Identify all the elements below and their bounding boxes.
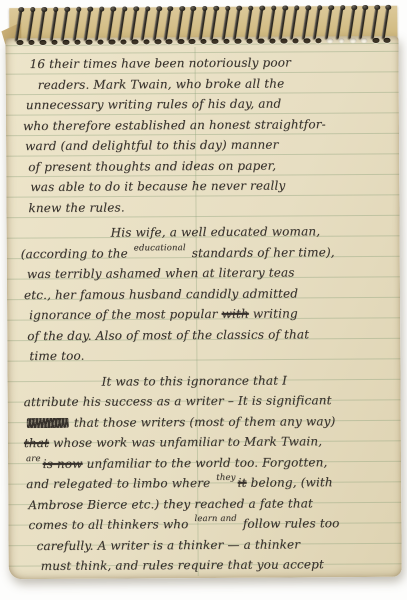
wire-top-dot bbox=[305, 5, 311, 10]
wire-top-dot bbox=[374, 4, 380, 9]
wire-stroke bbox=[61, 10, 68, 41]
spiral-wire-loop bbox=[39, 6, 47, 48]
spiral-wire-loop bbox=[211, 5, 219, 47]
handwriting-text: that those writers (most of them any way… bbox=[74, 414, 336, 430]
spiral-wire-loop bbox=[188, 5, 196, 47]
punched-hole bbox=[97, 39, 104, 45]
wire-stroke bbox=[302, 8, 309, 39]
handwritten-line: areis now unfamiliar to the world too. F… bbox=[20, 451, 397, 474]
handwriting-text: writing bbox=[249, 306, 298, 320]
handwriting-text: follow rules too bbox=[239, 516, 340, 531]
handwriting-text: Ambrose Bierce etc.) they reached a fate… bbox=[28, 496, 313, 512]
punched-hole bbox=[189, 39, 196, 45]
punched-hole bbox=[269, 38, 276, 44]
handwritten-line: readers. Mark Twain, who broke all the bbox=[18, 72, 395, 95]
spiral-wire-loop bbox=[291, 4, 299, 46]
wire-top-dot bbox=[76, 6, 82, 11]
handwritten-line: that those writers (most of them any way… bbox=[20, 410, 397, 433]
wire-top-dot bbox=[259, 5, 265, 10]
punched-hole bbox=[132, 39, 139, 45]
wire-top-dot bbox=[179, 6, 185, 11]
notebook-page: 16 their times have been notoriously poo… bbox=[5, 36, 401, 579]
wire-top-dot bbox=[282, 5, 288, 10]
spiral-wire-loop bbox=[280, 4, 288, 46]
wire-top-dot bbox=[317, 5, 323, 10]
inserted-word-above-line: they bbox=[216, 474, 235, 482]
inserted-word-above-line: learn and bbox=[194, 515, 236, 523]
punched-hole bbox=[154, 39, 161, 45]
handwriting-text: was terribly ashamed when at literary te… bbox=[27, 265, 295, 281]
spiral-wire-loop bbox=[97, 6, 105, 48]
wire-stroke bbox=[175, 9, 182, 40]
punched-hole bbox=[246, 38, 253, 44]
spiral-wire-loop bbox=[200, 5, 208, 47]
punched-hole bbox=[223, 38, 230, 44]
wire-top-dot bbox=[87, 6, 93, 11]
wire-stroke bbox=[84, 9, 91, 40]
handwriting-text: and relegated to limbo where bbox=[26, 476, 214, 491]
handwritten-line: knew the rules. bbox=[18, 195, 395, 218]
punched-hole bbox=[40, 39, 47, 45]
photo-background: 16 their times have been notoriously poo… bbox=[0, 0, 407, 600]
spiral-wire-loop bbox=[372, 4, 380, 46]
handwriting-text: who therefore established an honest stra… bbox=[23, 117, 326, 133]
handwritten-line: and relegated to limbo where theyit belo… bbox=[20, 472, 397, 495]
spiral-wire-loop bbox=[269, 5, 277, 47]
spiral-wire-loop bbox=[16, 6, 24, 48]
handwriting-text: of the day. Also of most of the classics… bbox=[27, 327, 309, 343]
spiral-wire-loop bbox=[142, 5, 150, 47]
wire-stroke bbox=[324, 8, 331, 39]
punched-hole bbox=[51, 39, 58, 45]
wire-stroke bbox=[313, 8, 320, 39]
punched-hole bbox=[235, 38, 242, 44]
handwritten-line: comes to all thinkers who learn and foll… bbox=[20, 513, 397, 536]
punched-hole bbox=[109, 39, 116, 45]
handwriting-text: His wife, a well educated woman, bbox=[111, 224, 321, 239]
punched-hole bbox=[349, 38, 356, 44]
handwritten-line: was terribly ashamed when at literary te… bbox=[19, 262, 396, 285]
wire-stroke bbox=[256, 8, 263, 39]
handwritten-line: etc., her famous husband candidly admitt… bbox=[19, 282, 396, 305]
wire-top-dot bbox=[19, 7, 25, 12]
wire-top-dot bbox=[110, 6, 116, 11]
spiral-wire-loop bbox=[74, 6, 82, 48]
spiral-wire-loop bbox=[246, 5, 254, 47]
handwriting-text: readers. Mark Twain, who broke all the bbox=[38, 76, 285, 92]
wire-stroke bbox=[210, 9, 217, 40]
wire-top-dot bbox=[363, 4, 369, 9]
handwritten-line: must think, and rules require that you a… bbox=[21, 554, 398, 577]
wire-top-dot bbox=[271, 5, 277, 10]
spiral-wire-loop bbox=[177, 5, 185, 47]
spiral-wire-loop bbox=[223, 5, 231, 47]
wire-top-dot bbox=[214, 5, 220, 10]
spiral-wire-loop bbox=[154, 5, 162, 47]
wire-stroke bbox=[382, 8, 389, 39]
spiral-wire-loop bbox=[51, 6, 59, 48]
wire-top-dot bbox=[133, 6, 139, 11]
wire-stroke bbox=[198, 9, 205, 40]
handwriting-text: must think, and rules require that you a… bbox=[41, 557, 324, 573]
spiral-notebook: 16 their times have been notoriously poo… bbox=[5, 4, 401, 579]
wire-stroke bbox=[26, 10, 33, 41]
punched-hole bbox=[166, 39, 173, 45]
handwriting-text: comes to all thinkers who bbox=[28, 517, 192, 532]
handwriting-text: time too. bbox=[29, 349, 84, 363]
wire-stroke bbox=[15, 10, 22, 41]
wire-top-dot bbox=[248, 5, 254, 10]
handwriting-text: was able to do it because he never reall… bbox=[30, 178, 285, 194]
wire-stroke bbox=[164, 9, 171, 40]
wire-stroke bbox=[130, 9, 137, 40]
spiral-wire-loop bbox=[337, 4, 345, 46]
spiral-wire-loop bbox=[303, 4, 311, 46]
wire-top-dot bbox=[65, 6, 71, 11]
wire-top-dot bbox=[225, 5, 231, 10]
wire-stroke bbox=[72, 10, 79, 41]
punched-hole bbox=[258, 38, 265, 44]
wire-top-dot bbox=[122, 6, 128, 11]
wire-top-dot bbox=[156, 6, 162, 11]
wire-stroke bbox=[370, 8, 377, 39]
wire-top-dot bbox=[42, 6, 48, 11]
wire-top-dot bbox=[237, 5, 243, 10]
wire-top-dot bbox=[340, 5, 346, 10]
spiral-wire-loop bbox=[314, 4, 322, 46]
wire-stroke bbox=[290, 8, 297, 39]
spiral-wire-loop bbox=[85, 6, 93, 48]
spiral-wire-loop bbox=[349, 4, 357, 46]
spiral-wire-loop bbox=[28, 6, 36, 48]
scribbled-out-word bbox=[27, 417, 69, 427]
handwritten-line: attribute his success as a writer – It i… bbox=[20, 390, 397, 413]
wire-stroke bbox=[336, 8, 343, 39]
struck-out-text: with bbox=[222, 307, 249, 321]
handwriting-text: whose work was unfamiliar to Mark Twain, bbox=[49, 434, 322, 450]
wire-stroke bbox=[244, 9, 251, 40]
struck-out-text: is now bbox=[43, 456, 83, 470]
wire-stroke bbox=[221, 9, 228, 40]
struck-out-text: that bbox=[24, 436, 49, 450]
spiral-wire-loop bbox=[257, 5, 265, 47]
punched-hole bbox=[86, 39, 93, 45]
punched-hole bbox=[74, 39, 81, 45]
wire-stroke bbox=[347, 8, 354, 39]
wire-stroke bbox=[95, 9, 102, 40]
punched-hole bbox=[315, 38, 322, 44]
wire-stroke bbox=[107, 9, 114, 40]
handwritten-line: His wife, a well educated woman, bbox=[19, 221, 396, 244]
wire-stroke bbox=[141, 9, 148, 40]
handwritten-line: ignorance of the most popular with writi… bbox=[19, 303, 396, 326]
handwriting-text: It was to this ignorance that I bbox=[102, 373, 288, 388]
spiral-wire-loop bbox=[383, 4, 391, 46]
spiral-wire-loop bbox=[131, 5, 139, 47]
wire-top-dot bbox=[30, 7, 36, 12]
wire-stroke bbox=[38, 10, 45, 41]
handwritten-line: unnecessary writing rules of his day, an… bbox=[18, 93, 395, 116]
handwritten-line: 16 their times have been notoriously poo… bbox=[18, 52, 395, 75]
punched-hole bbox=[143, 39, 150, 45]
punched-hole bbox=[177, 39, 184, 45]
handwritten-line: time too. bbox=[19, 344, 396, 367]
spiral-binding bbox=[16, 4, 391, 48]
wire-stroke bbox=[152, 9, 159, 40]
handwritten-line: (according to the educational standards … bbox=[19, 241, 396, 264]
handwritten-line: of present thoughts and ideas on paper, bbox=[18, 154, 395, 177]
spiral-wire-loop bbox=[234, 5, 242, 47]
punched-hole bbox=[384, 37, 391, 43]
handwritten-line: ward (and delightful to this day) manner bbox=[18, 134, 395, 157]
wire-top-dot bbox=[202, 5, 208, 10]
punched-hole bbox=[326, 38, 333, 44]
punched-hole bbox=[212, 38, 219, 44]
wire-top-dot bbox=[294, 5, 300, 10]
handwriting-text: unfamiliar to the world too. Forgotten, bbox=[83, 455, 328, 470]
punched-hole bbox=[292, 38, 299, 44]
handwriting-text: (according to the bbox=[21, 246, 132, 261]
wire-top-dot bbox=[168, 6, 174, 11]
wire-top-dot bbox=[145, 6, 151, 11]
punched-hole bbox=[372, 37, 379, 43]
wire-top-dot bbox=[53, 6, 59, 11]
handwriting-text: belong, (with bbox=[247, 475, 333, 490]
inserted-word-above-line: educational bbox=[134, 244, 186, 252]
wire-stroke bbox=[233, 9, 240, 40]
punched-hole bbox=[304, 38, 311, 44]
handwritten-line: of the day. Also of most of the classics… bbox=[19, 323, 396, 346]
wire-stroke bbox=[118, 9, 125, 40]
inserted-word-above-line: are bbox=[26, 454, 41, 462]
punched-hole bbox=[120, 39, 127, 45]
handwriting-text: unnecessary writing rules of his day, an… bbox=[26, 97, 281, 113]
handwriting-text: ignorance of the most popular bbox=[29, 307, 222, 322]
wire-stroke bbox=[359, 8, 366, 39]
handwriting-text: standards of her time), bbox=[188, 245, 335, 260]
punched-hole bbox=[338, 38, 345, 44]
spiral-wire-loop bbox=[165, 5, 173, 47]
handwriting-text: ward (and delightful to this day) manner bbox=[25, 138, 278, 154]
handwritten-text-block: 16 their times have been notoriously poo… bbox=[18, 52, 398, 579]
punched-hole bbox=[17, 40, 24, 46]
handwritten-line: carefully. A writer is a thinker — a thi… bbox=[20, 533, 397, 556]
punched-hole bbox=[28, 40, 35, 46]
wire-top-dot bbox=[328, 5, 334, 10]
wire-top-dot bbox=[386, 4, 392, 9]
handwriting-text: 16 their times have been notoriously poo… bbox=[30, 55, 291, 71]
punched-hole bbox=[63, 39, 70, 45]
handwriting-text: carefully. A writer is a thinker — a thi… bbox=[37, 537, 301, 553]
handwritten-line: who therefore established an honest stra… bbox=[18, 113, 395, 136]
handwriting-text: attribute his success as a writer – It i… bbox=[24, 393, 332, 409]
wire-top-dot bbox=[99, 6, 105, 11]
wire-top-dot bbox=[351, 5, 357, 10]
handwriting-text: knew the rules. bbox=[28, 200, 124, 215]
handwritten-line: It was to this ignorance that I bbox=[19, 369, 396, 392]
spiral-wire-loop bbox=[360, 4, 368, 46]
wire-stroke bbox=[187, 9, 194, 40]
wire-top-dot bbox=[191, 6, 197, 11]
wire-stroke bbox=[49, 10, 56, 41]
handwriting-text: etc., her famous husband candidly admitt… bbox=[24, 286, 298, 302]
spiral-wire-loop bbox=[119, 5, 127, 47]
wire-stroke bbox=[267, 8, 274, 39]
handwriting-text: of present thoughts and ideas on paper, bbox=[28, 158, 276, 174]
punched-hole bbox=[361, 37, 368, 43]
wire-stroke bbox=[279, 8, 286, 39]
spiral-wire-loop bbox=[326, 4, 334, 46]
punched-hole bbox=[281, 38, 288, 44]
spiral-wire-loop bbox=[108, 6, 116, 48]
spiral-wire-loop bbox=[62, 6, 70, 48]
handwritten-line: that whose work was unfamiliar to Mark T… bbox=[20, 431, 397, 454]
handwritten-line: Ambrose Bierce etc.) they reached a fate… bbox=[20, 492, 397, 515]
punched-hole bbox=[200, 38, 207, 44]
handwritten-line: was able to do it because he never reall… bbox=[18, 175, 395, 198]
